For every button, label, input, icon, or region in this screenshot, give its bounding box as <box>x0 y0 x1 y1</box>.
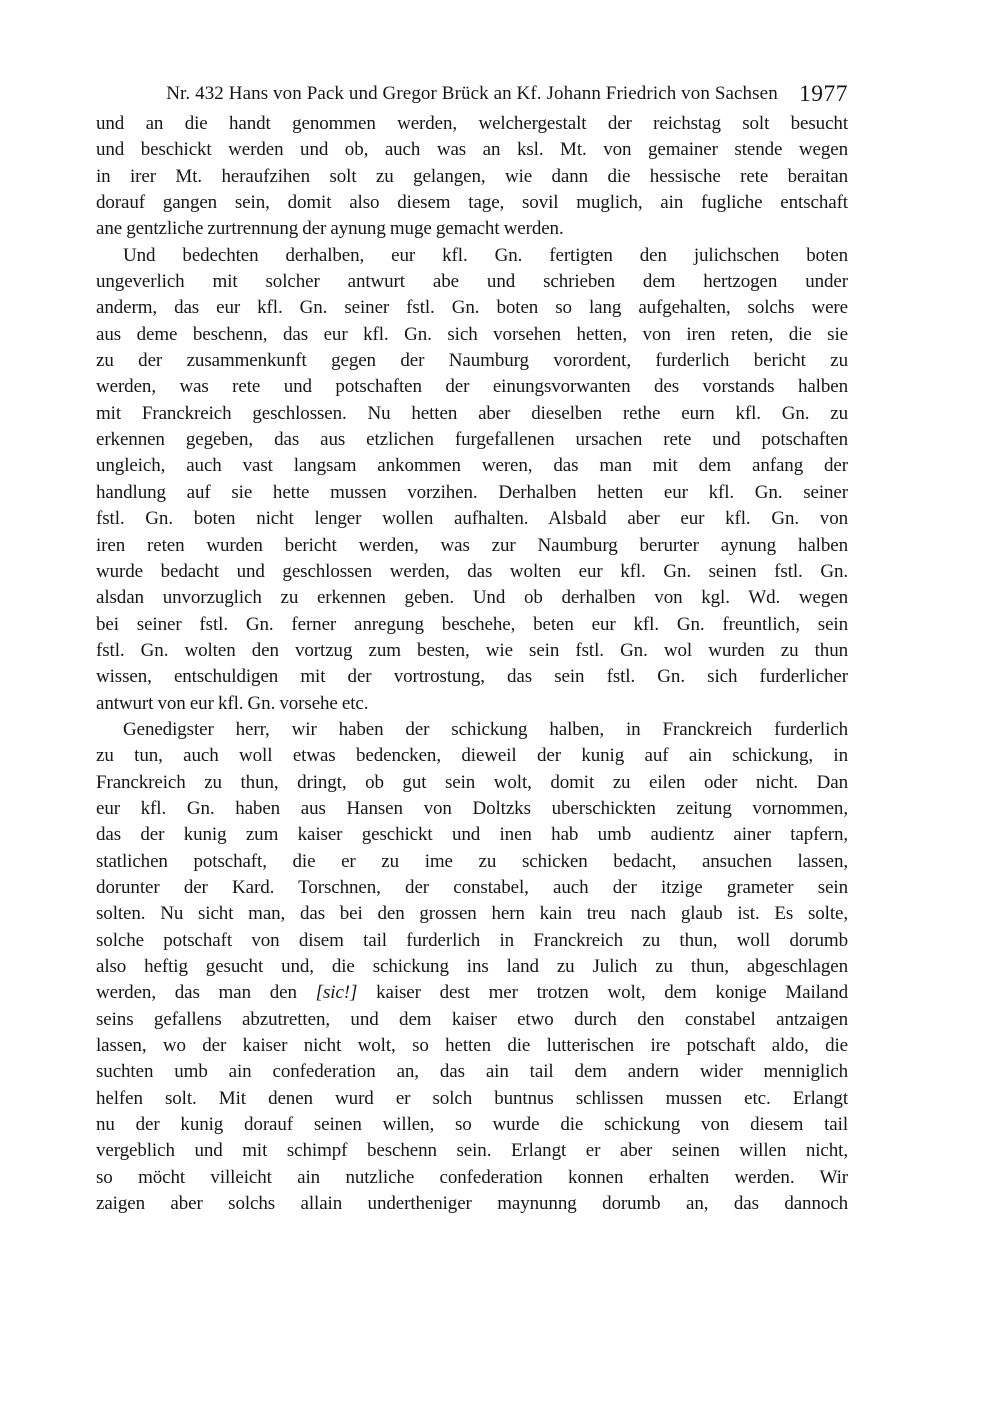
text-line: suchten umb ain confederation an, das ai… <box>96 1059 848 1085</box>
text-line: dorunter der Kard. Torschnen, der consta… <box>96 875 848 901</box>
text-line: zaigen aber solchs allain undertheniger … <box>96 1191 848 1217</box>
page-number: 1977 <box>799 81 848 108</box>
text-line: nu der kunig dorauf seinen willen, so wu… <box>96 1112 848 1138</box>
text-line: helfen solt. Mit denen wurd er solch bun… <box>96 1086 848 1112</box>
text-line: ane gentzliche zurtrennung der aynung mu… <box>96 216 848 242</box>
text-line: bei seiner fstl. Gn. ferner anregung bes… <box>96 612 848 638</box>
text-line: anderm, das eur kfl. Gn. seiner fstl. Gn… <box>96 295 848 321</box>
text-line: ungleich, auch vast langsam ankommen wer… <box>96 453 848 479</box>
text-line: zu tun, auch woll etwas bedencken, diewe… <box>96 743 848 769</box>
text-line: lassen, wo der kaiser nicht wolt, so het… <box>96 1033 848 1059</box>
text-line: so möcht villeicht ain nutzliche confede… <box>96 1165 848 1191</box>
text-line: wurde bedacht und geschlossen werden, da… <box>96 559 848 585</box>
text-line: wissen, entschuldigen mit der vortrostun… <box>96 664 848 690</box>
running-header: Nr. 432 Hans von Pack und Gregor Brück a… <box>96 83 848 105</box>
running-header-title: Nr. 432 Hans von Pack und Gregor Brück a… <box>166 83 778 105</box>
text-line: zu der zusammenkunft gegen der Naumburg … <box>96 348 848 374</box>
text-line: das der kunig zum kaiser geschickt und i… <box>96 822 848 848</box>
text-line: also heftig gesucht und, die schickung i… <box>96 954 848 980</box>
text-line: fstl. Gn. wolten den vortzug zum besten,… <box>96 638 848 664</box>
text-line: Und bedechten derhalben, eur kfl. Gn. fe… <box>96 243 848 269</box>
text-line: Franckreich zu thun, dringt, ob gut sein… <box>96 770 848 796</box>
sic-editorial-note: [sic!] <box>316 982 358 1003</box>
text-line: statlichen potschaft, die er zu ime zu s… <box>96 849 848 875</box>
text-line: handlung auf sie hette mussen vorzihen. … <box>96 480 848 506</box>
text-line: werden, was rete und potschaften der ein… <box>96 374 848 400</box>
text-line: und beschickt werden und ob, auch was an… <box>96 137 848 163</box>
text-line: ungeverlich mit solcher antwurt abe und … <box>96 269 848 295</box>
text-line: alsdan unvorzuglich zu erkennen geben. U… <box>96 585 848 611</box>
text-line: eur kfl. Gn. haben aus Hansen von Doltzk… <box>96 796 848 822</box>
text-line: solten. Nu sicht man, das bei den grosse… <box>96 901 848 927</box>
book-page: Nr. 432 Hans von Pack und Gregor Brück a… <box>0 0 1004 1418</box>
text-line: solche potschaft von disem tail furderli… <box>96 928 848 954</box>
text-line: fstl. Gn. boten nicht lenger wollen aufh… <box>96 506 848 532</box>
text-line: seins gefallens abzutretten, und dem kai… <box>96 1007 848 1033</box>
text-line: antwurt von eur kfl. Gn. vorsehe etc. <box>96 691 848 717</box>
text-line: vergeblich und mit schimpf beschenn sein… <box>96 1138 848 1164</box>
text-line: erkennen gegeben, das aus etzlichen furg… <box>96 427 848 453</box>
text-line: in irer Mt. heraufzihen solt zu gelangen… <box>96 164 848 190</box>
text-line: iren reten wurden bericht werden, was zu… <box>96 533 848 559</box>
text-line: werden, das man den [sic!] kaiser dest m… <box>96 980 848 1006</box>
text-block: und an die handt genommen werden, welche… <box>96 111 848 1217</box>
text-line: und an die handt genommen werden, welche… <box>96 111 848 137</box>
text-line: dorauf gangen sein, domit also diesem ta… <box>96 190 848 216</box>
text-line: aus deme beschenn, das eur kfl. Gn. sich… <box>96 322 848 348</box>
text-line: mit Franckreich geschlossen. Nu hetten a… <box>96 401 848 427</box>
text-line: Genedigster herr, wir haben der schickun… <box>96 717 848 743</box>
